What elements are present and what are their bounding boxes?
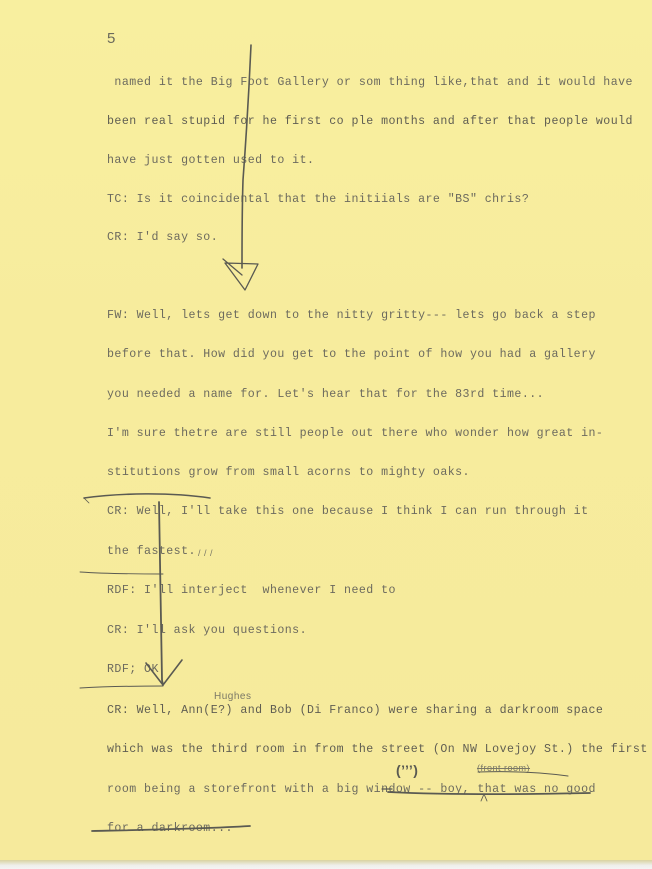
transcript-line: stitutions grow from small acorns to mig… [107, 466, 470, 479]
struck-note: (front room) [477, 763, 530, 773]
transcript-line: room being a storefront with a big windo… [107, 783, 596, 796]
arrow-head-open-triangle [223, 259, 258, 290]
transcript-line: which was the third room in from the str… [107, 743, 648, 756]
divider-line [80, 686, 163, 688]
transcript-line: for a darkroom... [107, 822, 233, 835]
transcript-line: FW: Well, lets get down to the nitty gri… [107, 309, 596, 322]
transcript-line: RDF; OK [107, 663, 159, 676]
divider-line [80, 572, 163, 574]
transcript-line: CR: Well, I'll take this one because I t… [107, 505, 588, 518]
margin-tick-marks: / / / [198, 548, 213, 558]
transcript-line: CR: I'll ask you questions. [107, 624, 307, 637]
transcript-line: CR: Well, Ann(E?) and Bob (Di Franco) we… [107, 704, 603, 717]
transcript-line: named it the Big Foot Gallery or som thi… [107, 76, 633, 89]
transcript-line: been real stupid for he first co ple mon… [107, 115, 633, 128]
transcript-line: TC: Is it coincidental that the initiial… [107, 193, 529, 206]
divider-line [84, 494, 210, 498]
transcript-line: before that. How did you get to the poin… [107, 348, 596, 361]
transcript-line: have just gotten used to it. [107, 154, 314, 167]
transcript-line: you needed a name for. Let's hear that f… [107, 388, 544, 401]
page-edge [0, 860, 652, 869]
document-page: 5 named it the Big Foot Gallery or som t… [0, 0, 652, 860]
transcript-line: RDF: I'll interject whenever I need to [107, 584, 396, 597]
transcript-line: I'm sure thetre are still people out the… [107, 427, 603, 440]
inserted-name-annotation: Hughes [214, 691, 251, 702]
insertion-mark: (’’’) [396, 762, 418, 778]
page-number: 5 [107, 30, 115, 47]
transcript-line: the fastest. [107, 545, 196, 558]
transcript-line: CR: I'd say so. [107, 231, 218, 244]
